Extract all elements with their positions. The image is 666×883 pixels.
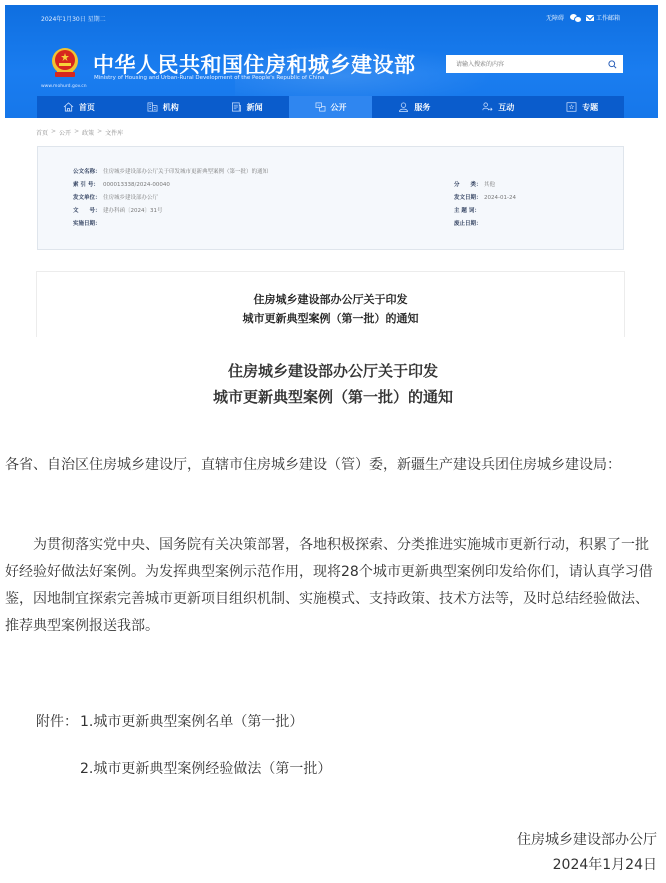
document-title-line-1: 住房城乡建设部办公厅关于印发 [0,360,666,381]
breadcrumb-separator: > [97,128,102,137]
breadcrumb-separator: > [51,128,56,137]
article-title-card: 住房城乡建设部办公厅关于印发 城市更新典型案例（第一批）的通知 [36,271,625,337]
attachment-link-1[interactable]: 1.城市更新典型案例名单（第一批） [80,711,303,731]
building-icon [147,102,158,112]
search-icon [608,60,617,69]
meta-issue-date: 发文日期：2024-01-24 [454,193,516,201]
meta-index-number: 索 引 号：000013338/2024-00040 [73,180,170,188]
nav-item-news[interactable]: 新闻 [205,96,289,118]
breadcrumb-library[interactable]: 文件库 [105,128,123,137]
meta-keywords: 主 题 词： [454,206,484,214]
site-title-english: Ministry of Housing and Urban-Rural Deve… [94,75,324,81]
document-metadata: 公文名称：住房城乡建设部办公厅关于印发城市更新典型案例（第一批）的通知 索 引 … [37,146,624,250]
work-mail-link[interactable]: 工作邮箱 [586,13,620,22]
wechat-icon[interactable] [570,14,580,21]
document-title-line-2: 城市更新典型案例（第一批）的通知 [0,386,666,407]
nav-item-organization[interactable]: 机构 [121,96,205,118]
document-addressee: 各省、自治区住房城乡建设厅，直辖市住房城乡建设（管）委，新疆生产建设兵团住房城乡… [5,452,661,479]
meta-effective-date: 实施日期： [73,219,103,227]
interaction-icon [482,102,493,112]
meta-document-number: 文 号：建办科函〔2024〕31号 [73,206,163,214]
header-date: 2024年1月30日 星期二 [41,14,106,23]
breadcrumb-separator: > [74,128,79,137]
topic-icon [566,102,577,112]
nav-label: 公开 [331,102,347,113]
search-button[interactable] [601,55,623,73]
document-date: 2024年1月24日 [553,854,657,874]
site-header: 2024年1月30日 星期二 无障碍 工作邮箱 www.mohurd.gov.c… [5,5,658,118]
accessibility-link[interactable]: 无障碍 [546,13,564,22]
meta-issuing-unit: 发文单位：住房城乡建设部办公厅 [73,193,158,201]
nav-item-topics[interactable]: 专题 [540,96,624,118]
attachments-label: 附件： [36,711,78,731]
search-input[interactable] [446,55,601,73]
nav-label: 专题 [582,102,598,113]
header-top-links: 无障碍 工作邮箱 [546,13,620,22]
main-nav: 首页 机构 新闻 公开 服务 互动 专题 [37,96,624,118]
nav-label: 服务 [414,102,430,113]
disclosure-icon [315,102,326,112]
national-emblem-icon[interactable] [49,46,81,80]
nav-item-disclosure[interactable]: 公开 [289,96,373,118]
nav-label: 首页 [79,102,95,113]
attachment-link-2[interactable]: 2.城市更新典型案例经验做法（第一批） [80,758,331,778]
nav-item-service[interactable]: 服务 [372,96,456,118]
nav-label: 互动 [498,102,514,113]
breadcrumb-disclosure[interactable]: 公开 [59,128,71,137]
home-icon [63,102,74,112]
nav-item-interaction[interactable]: 互动 [456,96,540,118]
search-box [446,55,623,73]
document-signature: 住房城乡建设部办公厅 [517,829,657,849]
meta-document-name: 公文名称：住房城乡建设部办公厅关于印发城市更新典型案例（第一批）的通知 [73,167,268,175]
service-icon [398,102,409,112]
mail-icon [586,15,594,21]
nav-item-home[interactable]: 首页 [37,96,121,118]
meta-category: 分 类：其他 [454,180,495,188]
work-mail-label: 工作邮箱 [596,13,620,22]
breadcrumb: 首页 > 公开 > 政策 > 文件库 [36,128,123,137]
breadcrumb-home[interactable]: 首页 [36,128,48,137]
document-body-paragraph: 为贯彻落实党中央、国务院有关决策部署，各地积极探索、分类推进实施城市更新行动，积… [5,532,661,640]
breadcrumb-policy[interactable]: 政策 [82,128,94,137]
news-icon [231,102,242,112]
meta-expiry-date: 废止日期： [454,219,484,227]
site-url: www.mohurd.gov.cn [41,84,87,89]
nav-label: 新闻 [247,102,263,113]
nav-label: 机构 [163,102,179,113]
article-title-line-2: 城市更新典型案例（第一批）的通知 [37,310,624,326]
article-title-line-1: 住房城乡建设部办公厅关于印发 [37,291,624,307]
